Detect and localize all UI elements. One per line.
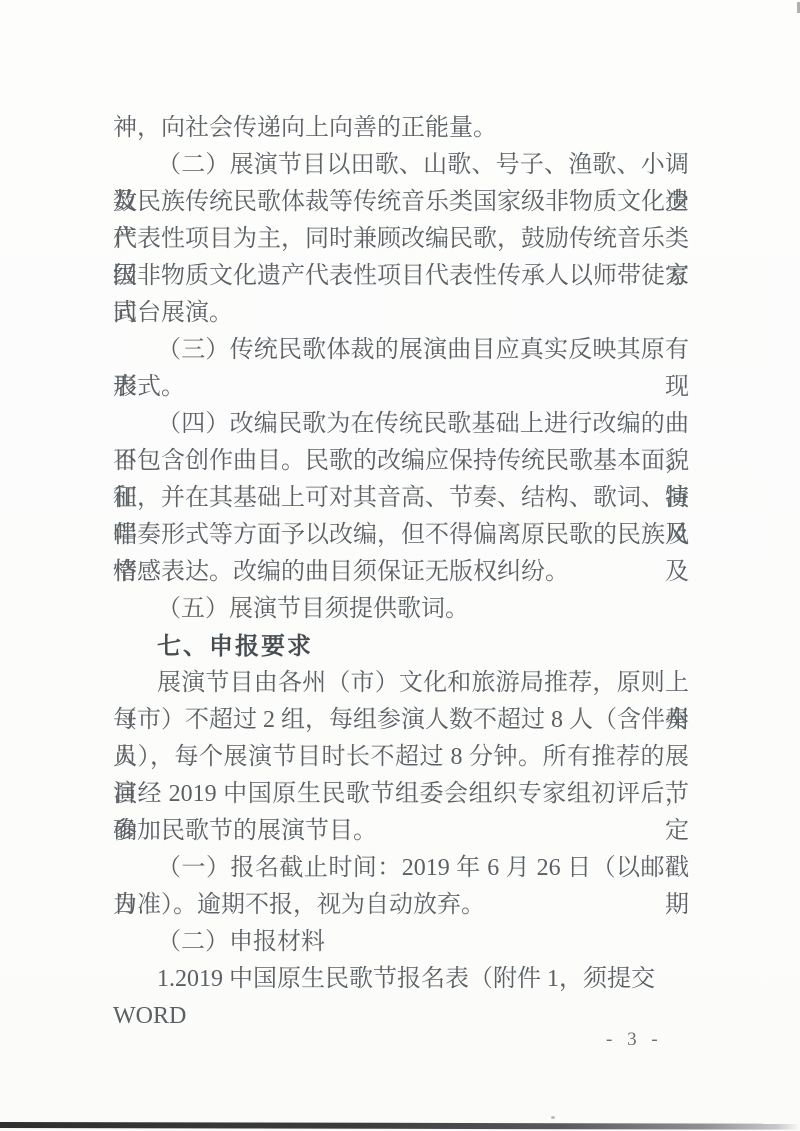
body-line: （四）改编民歌为在传统民歌基础上进行改编的曲目，: [113, 406, 689, 443]
scan-bottom-edge-artifact: [0, 1122, 800, 1130]
scan-speck: [551, 1116, 555, 1119]
body-line: 数民族传统民歌体裁等传统音乐类国家级非物质文化遗产: [113, 184, 689, 221]
body-line: （五）展演节目须提供歌词。: [113, 591, 689, 628]
body-line: 目经 2019 中国原生民歌节组委会组织专家组初评后，确定: [113, 776, 689, 813]
body-line: 级非物质文化遗产代表性项目代表性传承人以师带徒方式: [113, 258, 689, 295]
body-line: （三）传统民歌体裁的展演曲目应真实反映其原有表现: [113, 332, 689, 369]
body-line: 同台展演。: [113, 295, 689, 332]
body-line: （二）展演节目以田歌、山歌、号子、渔歌、小调及少: [113, 147, 689, 184]
body-line: 征，并在其基础上可对其音高、节奏、结构、歌词、演唱及: [113, 480, 689, 517]
document-text-block: 神，向社会传递向上向善的正能量。 （二）展演节目以田歌、山歌、号子、渔歌、小调及…: [113, 110, 689, 998]
section-heading: 七、申报要求: [113, 628, 689, 665]
body-line: 员），每个展演节目时长不超过 8 分钟。所有推荐的展演节: [113, 739, 689, 776]
scanned-document-page: 神，向社会传递向上向善的正能量。 （二）展演节目以田歌、山歌、号子、渔歌、小调及…: [0, 0, 800, 1131]
body-line: （市）不超过 2 组，每组参演人数不超过 8 人（含伴奏人: [113, 702, 689, 739]
body-line: （二）申报材料: [113, 924, 689, 961]
body-line: 神，向社会传递向上向善的正能量。: [113, 110, 689, 147]
page-number: - 3 -: [606, 1029, 663, 1051]
body-line: 1.2019 中国原生民歌节报名表（附件 1，须提交 WORD: [113, 961, 689, 998]
body-line: 代表性项目为主，同时兼顾改编民歌，鼓励传统音乐类国家: [113, 221, 689, 258]
body-line: 不包含创作曲目。民歌的改编应保持传统民歌基本面貌和特: [113, 443, 689, 480]
body-line: 展演节目由各州（市）文化和旅游局推荐，原则上每州: [113, 665, 689, 702]
body-line: 伴奏形式等方面予以改编，但不得偏离原民歌的民族风格及: [113, 517, 689, 554]
body-line: （一）报名截止时间：2019 年 6 月 26 日（以邮戳日期: [113, 850, 689, 887]
